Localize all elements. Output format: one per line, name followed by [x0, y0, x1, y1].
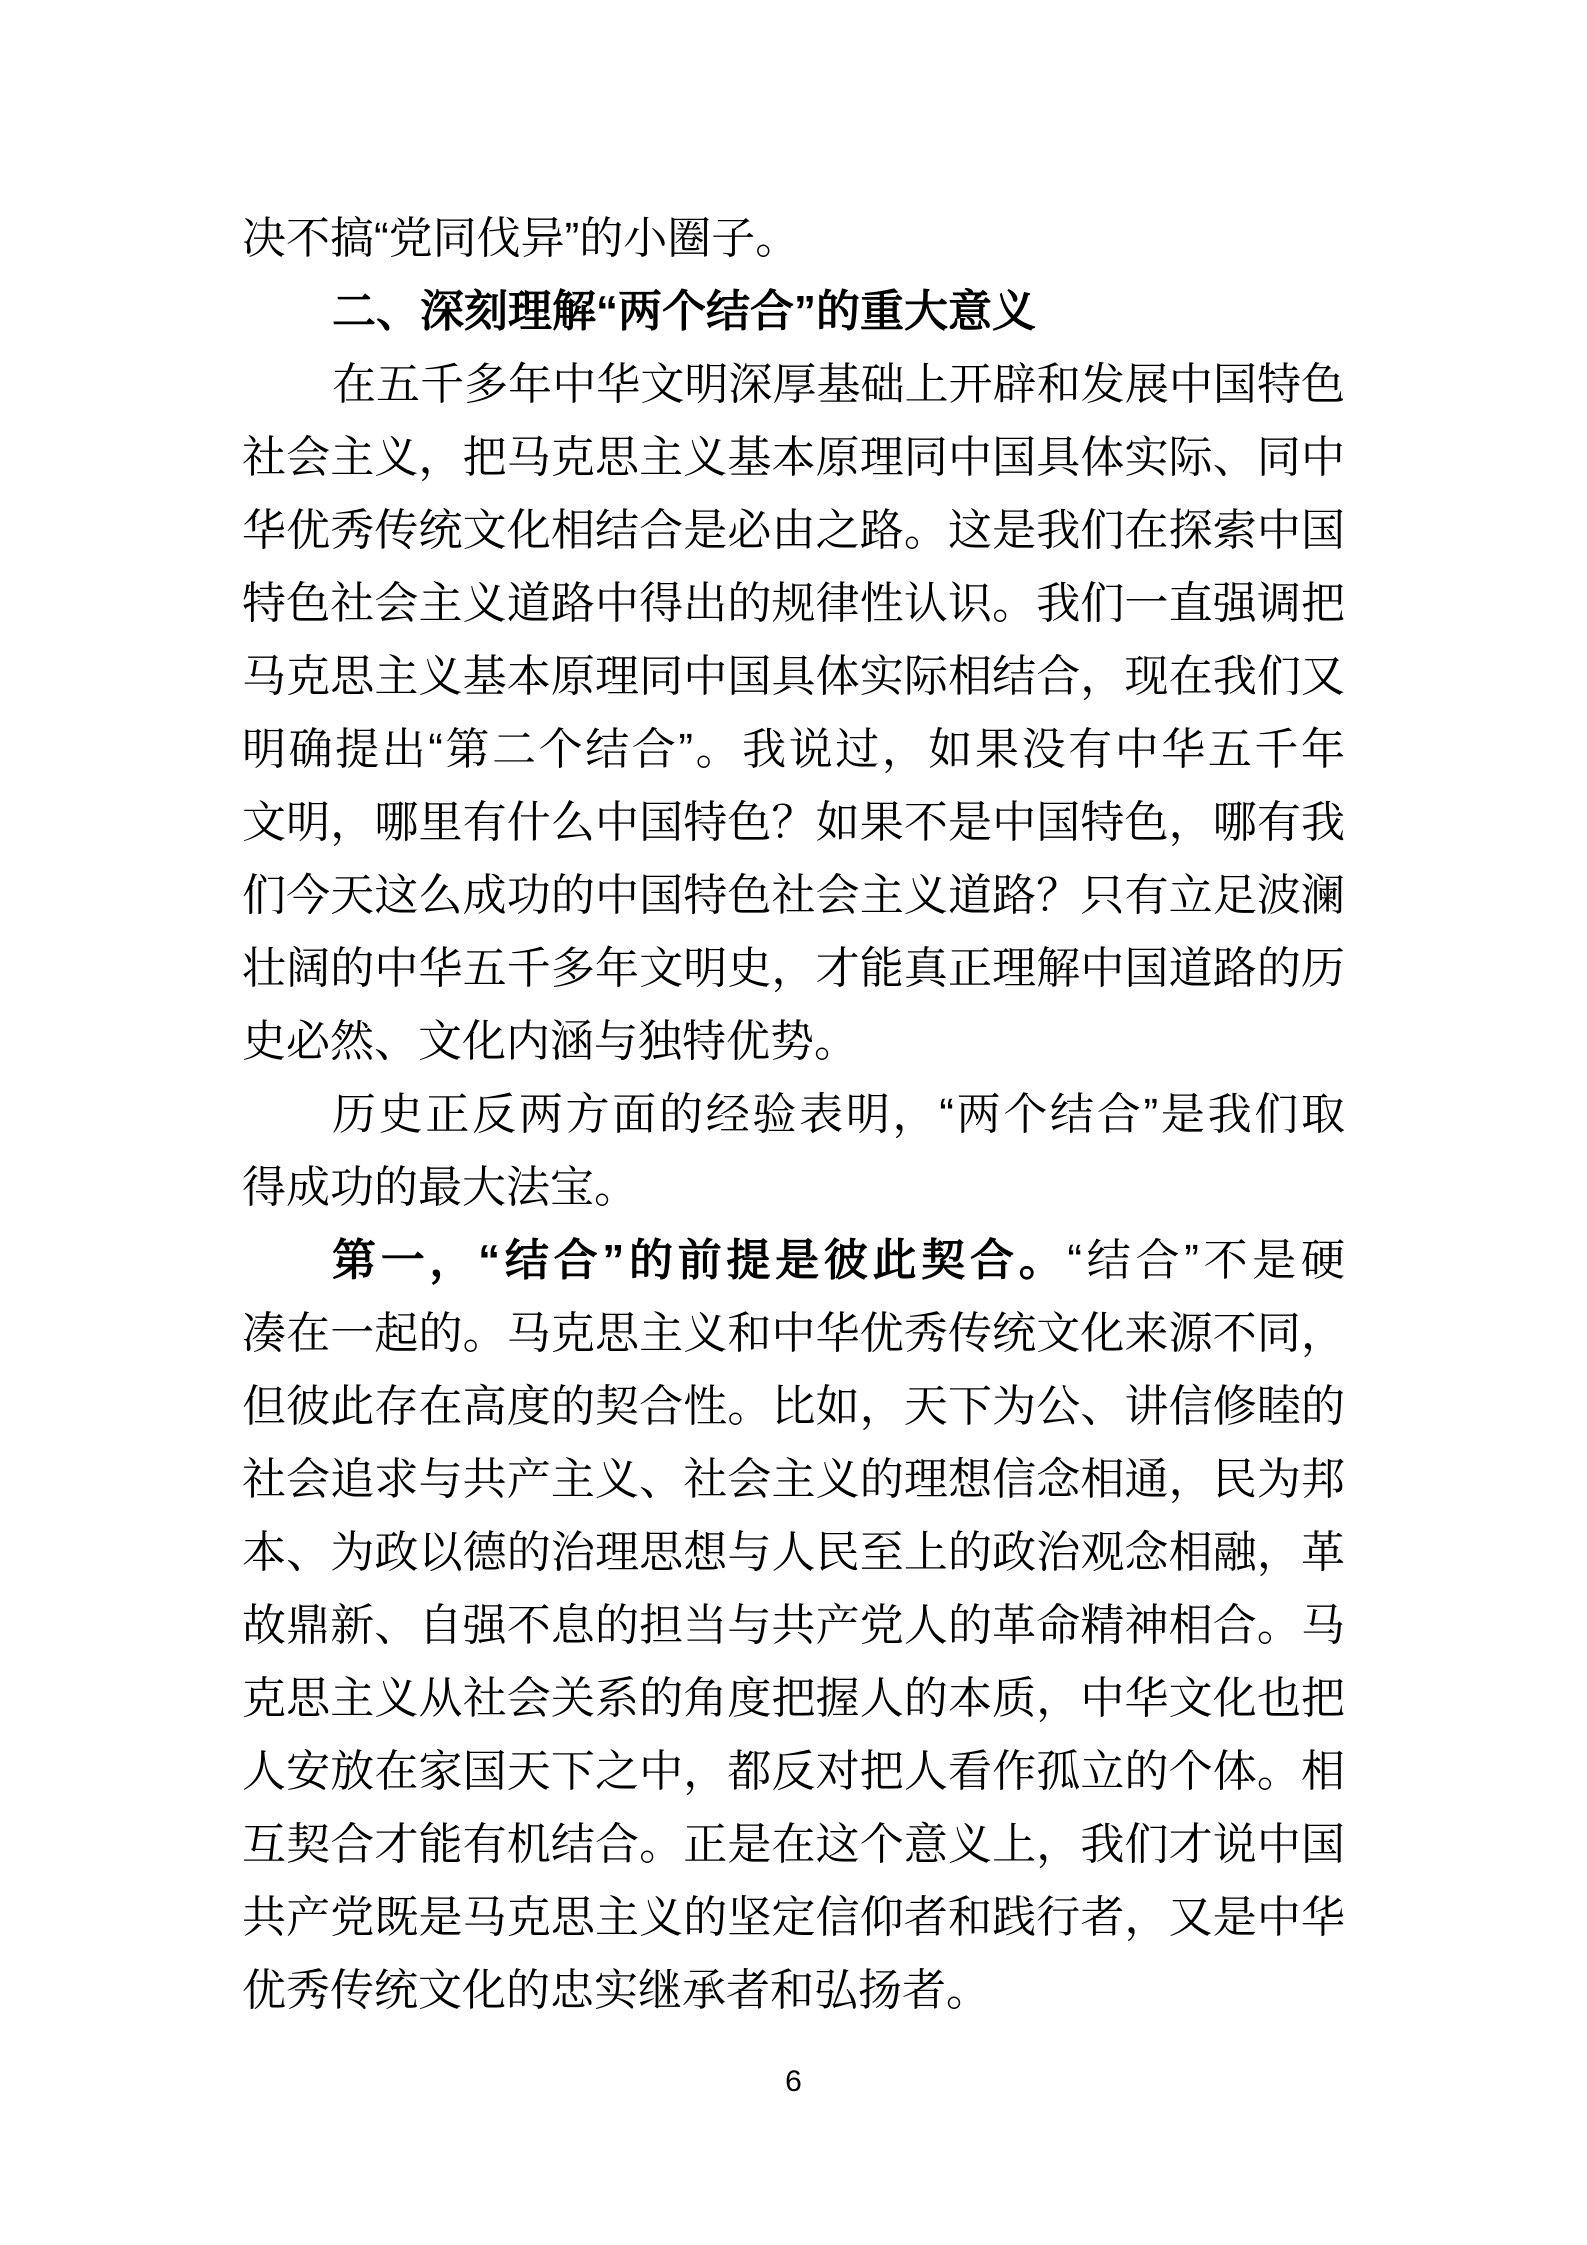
body-line: 但彼此存在高度的契合性。比如，天下为公、讲信修睦的	[242, 1370, 1345, 1443]
sentence-rest: “结合”不是硬	[1067, 1236, 1345, 1285]
body-line: 明确提出“第二个结合”。我说过，如果没有中华五千年	[242, 713, 1345, 786]
body-line: 得成功的最大法宝。	[242, 1151, 1345, 1224]
body-line: 社会追求与共产主义、社会主义的理想信念相通，民为邦	[242, 1443, 1345, 1516]
body-line: 文明，哪里有什么中国特色？如果不是中国特色，哪有我	[242, 786, 1345, 859]
body-line: 特色社会主义道路中得出的规律性认识。我们一直强调把	[242, 567, 1345, 640]
body-line: 第一，“结合”的前提是彼此契合。“结合”不是硬	[242, 1224, 1345, 1297]
body-line: 互契合才能有机结合。正是在这个意义上，我们才说中国	[242, 1808, 1345, 1881]
body-line: 凑在一起的。马克思主义和中华优秀传统文化来源不同，	[242, 1297, 1345, 1370]
body-line: 历史正反两方面的经验表明，“两个结合”是我们取	[242, 1078, 1345, 1151]
body-line: 们今天这么成功的中国特色社会主义道路？只有立足波澜	[242, 859, 1345, 932]
body-line: 壮阔的中华五千多年文明史，才能真正理解中国道路的历	[242, 932, 1345, 1005]
body-line: 马克思主义基本原理同中国具体实际相结合，现在我们又	[242, 640, 1345, 713]
body-line: 华优秀传统文化相结合是必由之路。这是我们在探索中国	[242, 494, 1345, 567]
body-line: 人安放在家国天下之中，都反对把人看作孤立的个体。相	[242, 1735, 1345, 1808]
body-line: 本、为政以德的治理思想与人民至上的政治观念相融，革	[242, 1516, 1345, 1589]
body-line: 优秀传统文化的忠实继承者和弘扬者。	[242, 1954, 1345, 2027]
section-heading: 二、深刻理解“两个结合”的重大意义	[242, 275, 1345, 348]
body-line: 故鼎新、自强不息的担当与共产党人的革命精神相合。马	[242, 1589, 1345, 1662]
document-body: 决不搞“党同伐异”的小圈子。 二、深刻理解“两个结合”的重大意义 在五千多年中华…	[242, 202, 1345, 2027]
body-line: 克思主义从社会关系的角度把握人的本质，中华文化也把	[242, 1662, 1345, 1735]
body-line: 社会主义，把马克思主义基本原理同中国具体实际、同中	[242, 421, 1345, 494]
body-line: 史必然、文化内涵与独特优势。	[242, 1005, 1345, 1078]
body-line: 在五千多年中华文明深厚基础上开辟和发展中国特色	[242, 348, 1345, 421]
page-number: 6	[0, 2062, 1587, 2102]
bold-sentence-lead: 第一，“结合”的前提是彼此契合。	[332, 1236, 1067, 1285]
document-page: 决不搞“党同伐异”的小圈子。 二、深刻理解“两个结合”的重大意义 在五千多年中华…	[0, 0, 1587, 2245]
body-line: 共产党既是马克思主义的坚定信仰者和践行者，又是中华	[242, 1881, 1345, 1954]
body-line: 决不搞“党同伐异”的小圈子。	[242, 202, 1345, 275]
